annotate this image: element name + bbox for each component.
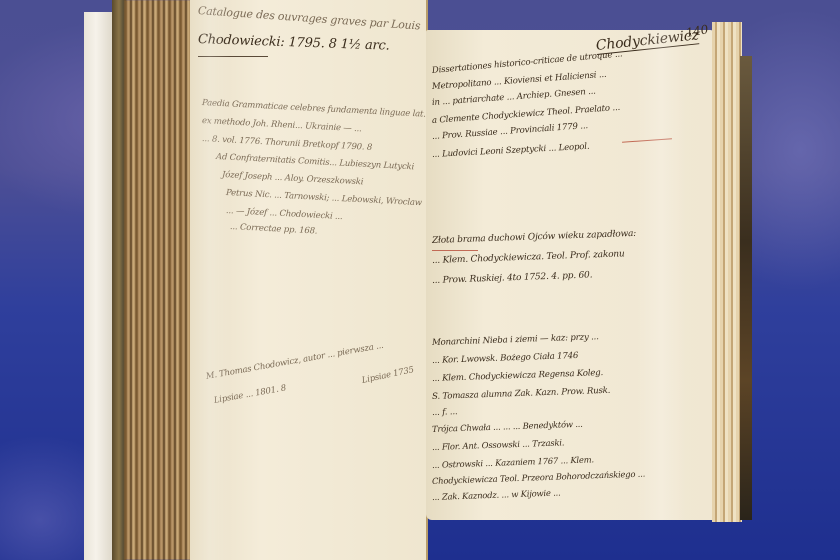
glass-case-edge bbox=[84, 12, 114, 560]
page-edges-right bbox=[712, 22, 742, 522]
red-underline bbox=[432, 250, 478, 251]
glass-glare bbox=[190, 0, 230, 560]
glass-glare bbox=[636, 30, 686, 520]
book-cover-right bbox=[740, 56, 752, 520]
right-entry3-line: ... f. ... bbox=[432, 407, 458, 418]
page-edges-left bbox=[124, 0, 196, 560]
